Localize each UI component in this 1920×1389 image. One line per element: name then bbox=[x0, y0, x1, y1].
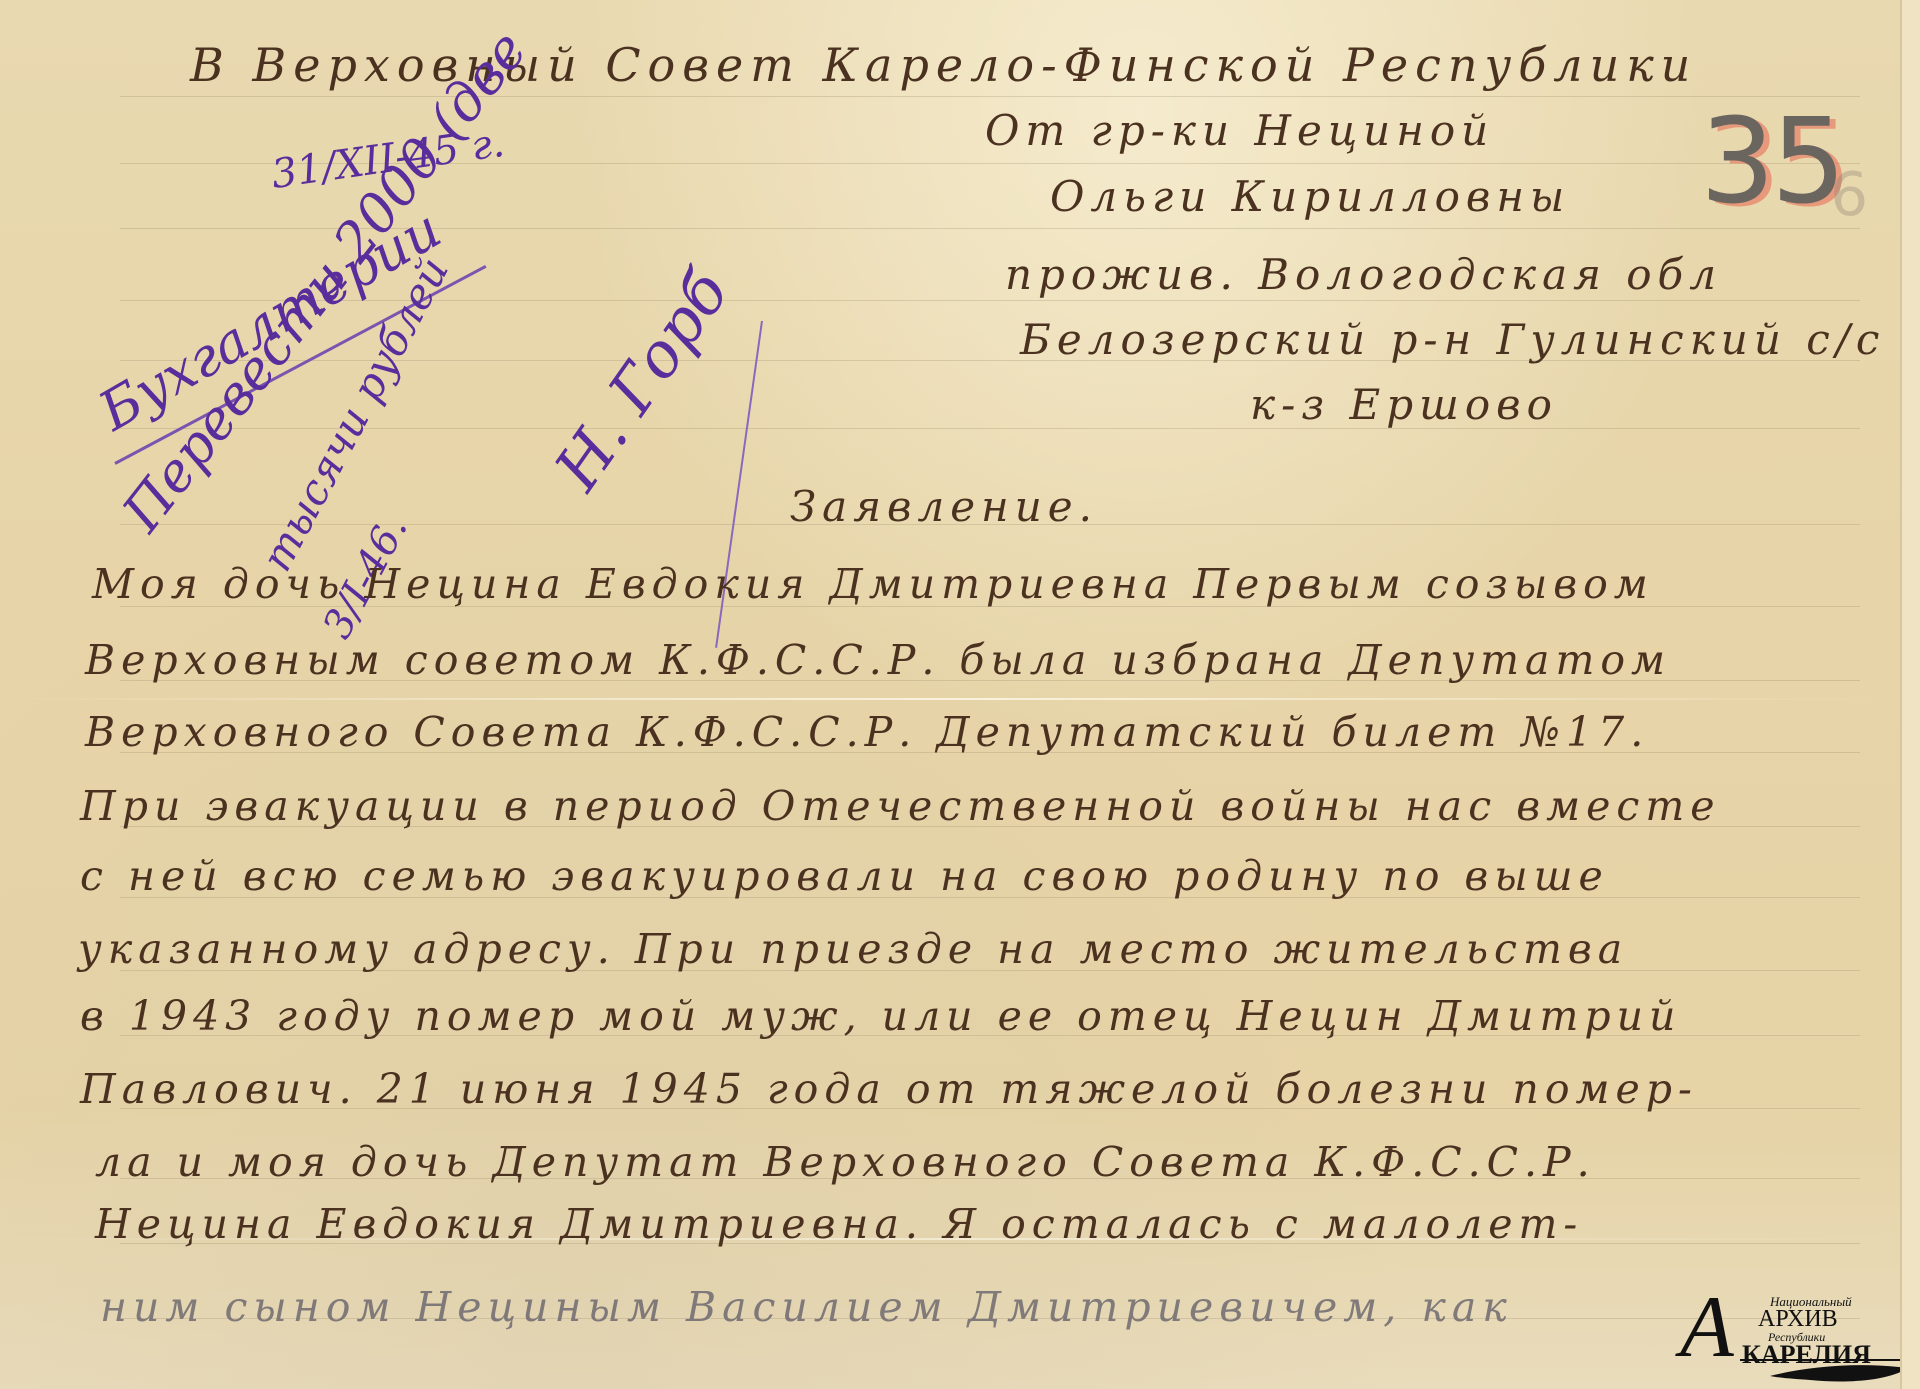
scanned-document-page: В Верховный Совет Карело-Финской Республ… bbox=[0, 0, 1902, 1389]
body-line: указанному адресу. При приезде на место … bbox=[78, 925, 1628, 973]
folio-faint-mark: 6 bbox=[1830, 160, 1868, 230]
archive-watermark-logo: А Национальный Архив Республики Карелия bbox=[1680, 1290, 1902, 1389]
body-line-faded: ним сыном Нециным Василием Дмитриевичем,… bbox=[100, 1283, 1513, 1331]
ruled-line bbox=[120, 96, 1860, 97]
body-line: ла и моя дочь Депутат Верховного Совета … bbox=[95, 1138, 1596, 1186]
body-line: Верховным советом К.Ф.С.С.Р. была избран… bbox=[85, 636, 1671, 684]
address-line-3: к-з Ершово bbox=[1250, 380, 1558, 429]
body-line: в 1943 году помер мой муж, или ее отец Н… bbox=[80, 992, 1681, 1040]
body-line: с ней всю семью эвакуировали на свою род… bbox=[80, 852, 1609, 900]
archive-monogram: А bbox=[1680, 1284, 1734, 1372]
body-line: Верховного Совета К.Ф.С.С.Р. Депутатский… bbox=[85, 708, 1649, 756]
body-line: Павлович. 21 июня 1945 года от тяжелой б… bbox=[80, 1065, 1698, 1113]
ruled-line bbox=[120, 428, 1860, 429]
quill-pen-icon bbox=[1740, 1358, 1902, 1384]
address-line-2: Белозерский р-н Гулинский с/с bbox=[1020, 315, 1885, 364]
sender-line-1: От гр-ки Нециной bbox=[985, 106, 1494, 155]
addressee-line: В Верховный Совет Карело-Финской Республ… bbox=[190, 38, 1697, 92]
ruled-line bbox=[120, 300, 1860, 301]
document-heading: Заявление. bbox=[790, 482, 1098, 531]
resolution-signature: Н. Горб bbox=[540, 257, 743, 503]
sender-line-2: Ольги Кирилловны bbox=[1050, 172, 1570, 221]
paper-fold-crease bbox=[0, 698, 1900, 700]
body-line: При эвакуации в период Отечественной вой… bbox=[80, 782, 1720, 830]
archive-line-2: Архив bbox=[1758, 1306, 1838, 1333]
address-line-1: прожив. Вологодская обл bbox=[1005, 250, 1722, 299]
body-line: Моя дочь Нецина Евдокия Дмитриевна Первы… bbox=[92, 560, 1654, 608]
folio-number: 35 bbox=[1700, 92, 1842, 230]
body-line: Нецина Евдокия Дмитриевна. Я осталась с … bbox=[95, 1200, 1583, 1248]
